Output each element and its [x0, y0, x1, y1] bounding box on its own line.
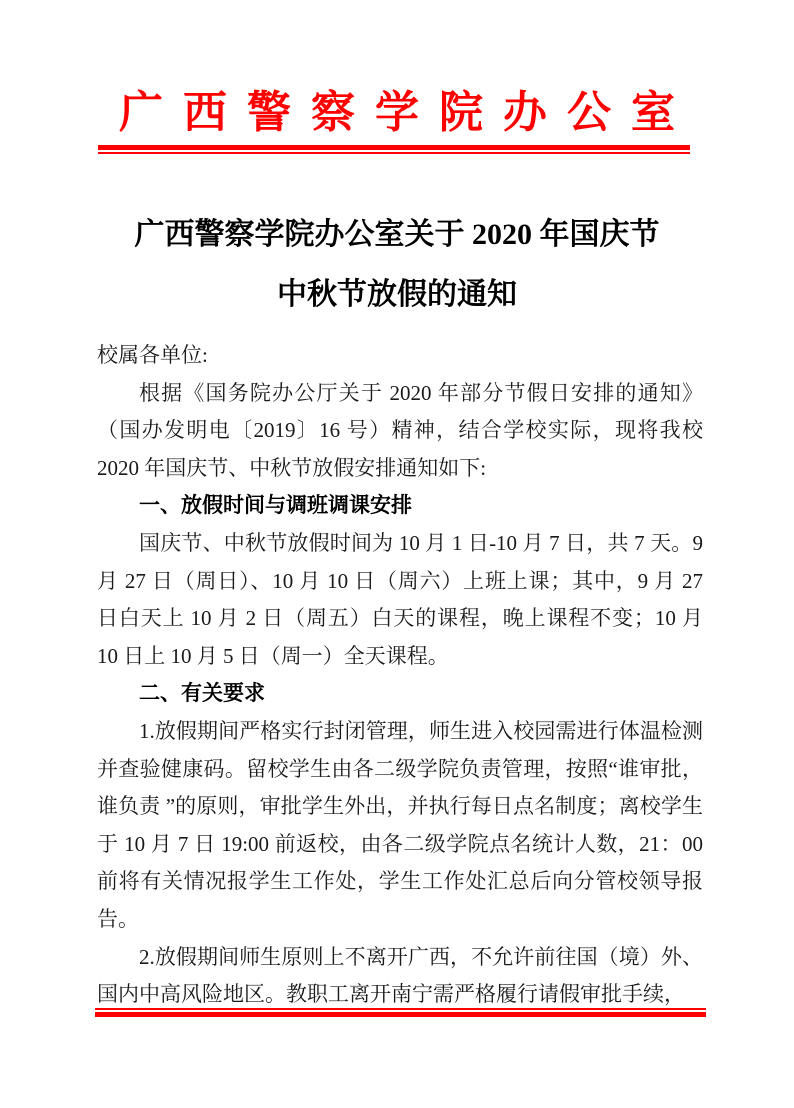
- salutation: 校属各单位:: [97, 337, 703, 375]
- letterhead-divider-thick-line: [98, 145, 690, 150]
- intro-paragraph: 根据《国务院办公厅关于 2020 年部分节假日安排的通知》（国办发明电〔2019…: [97, 375, 703, 488]
- footer-divider-thin-line: [95, 1008, 706, 1010]
- document-page: 广西警察学院办公室 广西警察学院办公室关于 2020 年国庆节 中秋节放假的通知…: [0, 0, 794, 1108]
- section-1-paragraph: 国庆节、中秋节放假时间为 10 月 1 日-10 月 7 日，共 7 天。9 月…: [97, 525, 703, 675]
- document-title: 广西警察学院办公室关于 2020 年国庆节 中秋节放假的通知: [0, 205, 794, 325]
- footer-divider-thick-line: [95, 1012, 706, 1017]
- section-2-item-1: 1.放假期间严格实行封闭管理，师生进入校园需进行体温检测并查验健康码。留校学生由…: [97, 713, 703, 939]
- letterhead-title: 广西警察学院办公室: [0, 86, 794, 140]
- section-2-item-2: 2.放假期间师生原则上不离开广西，不允许前往国（境）外、国内中高风险地区。教职工…: [97, 939, 703, 1014]
- letterhead-divider-thin-line: [98, 152, 690, 154]
- document-title-line1: 广西警察学院办公室关于 2020 年国庆节: [0, 205, 794, 265]
- footer-divider: [95, 1008, 706, 1017]
- section-1-heading: 一、放假时间与调班调课安排: [97, 487, 703, 525]
- document-body: 校属各单位: 根据《国务院办公厅关于 2020 年部分节假日安排的通知》（国办发…: [97, 337, 703, 1014]
- section-2-heading: 二、有关要求: [97, 675, 703, 713]
- letterhead-divider: [98, 145, 690, 154]
- document-title-line2: 中秋节放假的通知: [0, 265, 794, 325]
